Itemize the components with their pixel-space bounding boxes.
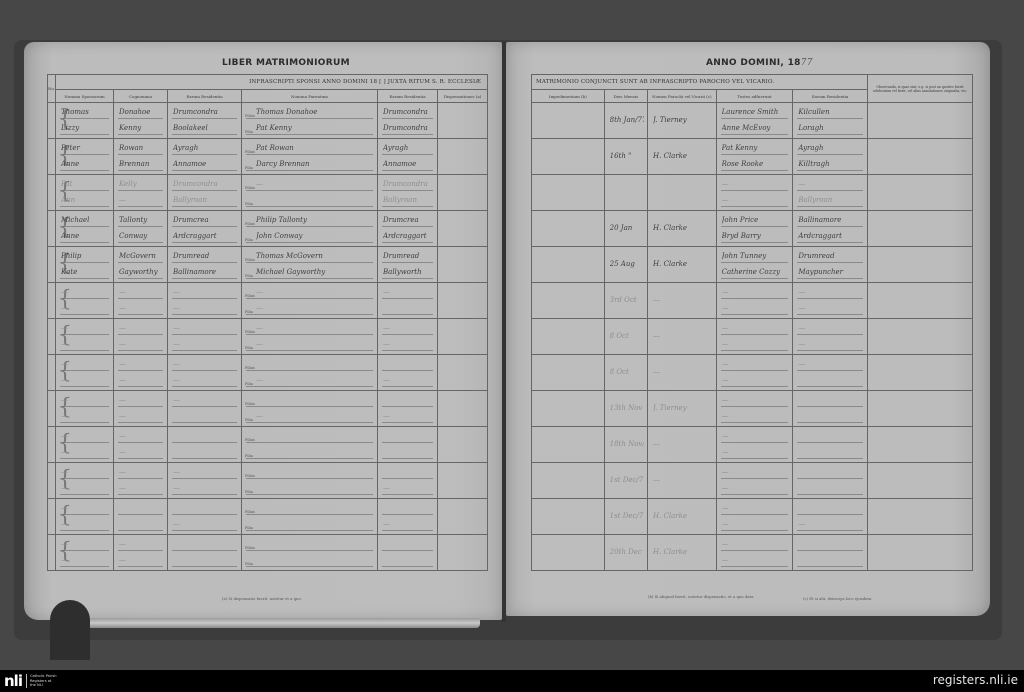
witnesses: ——: [716, 175, 793, 211]
entry-number: [48, 175, 56, 211]
title-year-handwritten: 77: [801, 58, 813, 68]
surnames: ——: [114, 463, 168, 499]
witnesses: ——: [716, 283, 793, 319]
observations: [868, 103, 973, 139]
dispensation: [438, 499, 488, 535]
marriage-date: 16th ": [604, 139, 647, 175]
witness-residence: AyraghKilltragh: [793, 139, 868, 175]
marriage-date: 1st Dec/77: [604, 499, 647, 535]
officiating-priest: H. Clarke: [648, 247, 717, 283]
parent-residence: —: [378, 391, 438, 427]
parent-names: FiliusFilia—: [242, 175, 378, 211]
spouse-names: {MichaelAnne: [56, 211, 114, 247]
col-header-cognomina: Cognomina: [114, 90, 168, 103]
impediment: [532, 427, 605, 463]
entry-number: [48, 391, 56, 427]
surnames: RowanBrennan: [114, 139, 168, 175]
right-footnote-b: (b) Si aliquod fuerit, notetur dispensat…: [648, 594, 755, 599]
col-header-dispensationes: Dispensationes (a): [438, 90, 488, 103]
witness-residence: —: [793, 499, 868, 535]
witness-residence: ——: [793, 319, 868, 355]
register-entry-row: {PhilipKateMcGovernGayworthyDrumreadBall…: [48, 247, 488, 283]
parent-residence: DrumcreaArdcraggart: [378, 211, 438, 247]
observations: [868, 535, 973, 571]
col-header-nomina-sponsorum: Nomina Sponsorum: [56, 90, 114, 103]
register-entry-row: {MichaelAnneTallontyConwayDrumcreaArdcra…: [48, 211, 488, 247]
marriage-date: 3rd Oct: [604, 283, 647, 319]
impediment: [532, 175, 605, 211]
col-header-no: No.: [48, 75, 56, 103]
surnames: ——: [114, 319, 168, 355]
officiating-priest: J. Tierney: [648, 391, 717, 427]
witnesses: ——: [716, 355, 793, 391]
observations: [868, 427, 973, 463]
parent-residence: —: [378, 355, 438, 391]
entry-number: [48, 247, 56, 283]
observations: [868, 319, 973, 355]
officiating-priest: —: [648, 319, 717, 355]
marriage-register-right-table: MATRIMONIO CONJUNCTI SUNT AB INFRASCRIPT…: [531, 74, 973, 571]
impediment: [532, 103, 605, 139]
witness-residence: DrumreadMaypuncher: [793, 247, 868, 283]
spouse-residence: ——: [168, 319, 242, 355]
col-header-eorum-residentia: Eorum Residentia: [793, 90, 868, 103]
spouse-residence: [168, 535, 242, 571]
witnesses: John TunneyCatherine Cozzy: [716, 247, 793, 283]
marriage-date: 13th Nov: [604, 391, 647, 427]
dispensation: [438, 139, 488, 175]
witness-residence: [793, 463, 868, 499]
impediment: [532, 283, 605, 319]
marriage-date: 8th Jan/77: [604, 103, 647, 139]
dispensation: [438, 427, 488, 463]
logo-divider: [26, 674, 27, 688]
spouse-residence: ——: [168, 463, 242, 499]
observations: [868, 175, 973, 211]
surnames: ——: [114, 535, 168, 571]
parent-names: FiliusFilia: [242, 427, 378, 463]
impediment: [532, 247, 605, 283]
marriage-date: 8 Oct: [604, 355, 647, 391]
register-entry-row: {PeterAnneRowanBrennanAyraghAnnamoeFiliu…: [48, 139, 488, 175]
marriage-date: 20 Jan: [604, 211, 647, 247]
parent-residence: DrumreadBallyworth: [378, 247, 438, 283]
register-entry-row: {——————FiliusFilia——: [48, 355, 488, 391]
site-url-link[interactable]: registers.nli.ie: [933, 673, 1018, 687]
dispensation: [438, 103, 488, 139]
register-entry-row: 8th Jan/77J. TierneyLaurence SmithAnne M…: [532, 103, 973, 139]
marriage-register-left-table: No. INFRASCRIPTI SPONSI ANNO DOMINI 18 […: [47, 74, 488, 571]
register-entry-row: {ThomasLizzyDonahoeKennyDrumcondraBoolak…: [48, 103, 488, 139]
spouse-names: {——: [56, 535, 114, 571]
spouse-residence: AyraghAnnamoe: [168, 139, 242, 175]
officiating-priest: H. Clarke: [648, 139, 717, 175]
witnesses: John PriceBryd Barry: [716, 211, 793, 247]
parent-names: FiliusFiliaPat RowanDarcy Brennan: [242, 139, 378, 175]
entry-number: [48, 463, 56, 499]
entry-number: [48, 535, 56, 571]
impediment: [532, 535, 605, 571]
impediment: [532, 499, 605, 535]
witness-residence: ——: [793, 283, 868, 319]
officiating-priest: H. Clarke: [648, 535, 717, 571]
officiating-priest: H. Clarke: [648, 211, 717, 247]
observations: [868, 355, 973, 391]
register-entry-row: {———FiliusFilia—: [48, 499, 488, 535]
spouse-residence: DrumcondraBallyroan: [168, 175, 242, 211]
observations: [868, 391, 973, 427]
impediment: [532, 319, 605, 355]
observations: [868, 283, 973, 319]
register-entry-row: 16th "H. ClarkePat KennyRose RookeAyragh…: [532, 139, 973, 175]
col-header-observanda: Observanda, si quae sint, e.g. si post a…: [868, 75, 973, 103]
witnesses: ——: [716, 319, 793, 355]
dispensation: [438, 247, 488, 283]
surnames: ——: [114, 427, 168, 463]
spouse-names: {——: [56, 319, 114, 355]
spouse-residence: DrumcreaArdcraggart: [168, 211, 242, 247]
officiating-priest: H. Clarke: [648, 499, 717, 535]
col-header-nomina-parentum: Nomina Parentum: [242, 90, 378, 103]
spouse-names: {——: [56, 283, 114, 319]
spouse-residence: ——: [168, 283, 242, 319]
witnesses: ——: [716, 463, 793, 499]
witness-residence: [793, 391, 868, 427]
officiating-priest: —: [648, 463, 717, 499]
register-entry-row: 1st Dec/77H. Clarke———: [532, 499, 973, 535]
dispensation: [438, 355, 488, 391]
dispensation: [438, 391, 488, 427]
marriage-date: 8 Oct: [604, 319, 647, 355]
right-footnote-c: (c) Et si alii, deinceps loco ejusdem.: [803, 596, 872, 601]
officiating-priest: —: [648, 427, 717, 463]
dispensation: [438, 463, 488, 499]
left-super-header: INFRASCRIPTI SPONSI ANNO DOMINI 18 [ ] J…: [56, 75, 488, 90]
entry-number: [48, 427, 56, 463]
right-page-title: ANNO DOMINI, 1877: [706, 58, 813, 68]
register-entry-row: {——————FiliusFilia————: [48, 319, 488, 355]
register-entry-row: {PatAnnKelly—DrumcondraBallyroanFiliusFi…: [48, 175, 488, 211]
observations: [868, 463, 973, 499]
page-stack-edge: [60, 618, 480, 628]
viewer-footer-bar: nli Catholic Parish Registers at the NLI…: [0, 670, 1024, 692]
surnames: [114, 499, 168, 535]
spouse-residence: —: [168, 391, 242, 427]
spouse-residence: —: [168, 499, 242, 535]
col-header-nomen-parochi: Nomen Parochi vel Vicarii (c): [648, 90, 717, 103]
dispensation: [438, 283, 488, 319]
observations: [868, 211, 973, 247]
dispensation: [438, 211, 488, 247]
dispensation: [438, 175, 488, 211]
register-entry-row: 18th Nov/77———: [532, 427, 973, 463]
register-entry-row: {——————FiliusFilia———: [48, 283, 488, 319]
parent-residence: DrumcondraDrumcondra: [378, 103, 438, 139]
col-header-residentia: Earum Residentia: [168, 90, 242, 103]
officiating-priest: —: [648, 283, 717, 319]
spouse-residence: DrumcondraBoolakeel: [168, 103, 242, 139]
entry-number: [48, 139, 56, 175]
spouse-names: {——: [56, 391, 114, 427]
surnames: McGovernGayworthy: [114, 247, 168, 283]
officiating-priest: —: [648, 355, 717, 391]
register-entry-row: 13th NovJ. Tierney——: [532, 391, 973, 427]
entry-number: [48, 499, 56, 535]
witness-residence: BallinamoreArdcraggart: [793, 211, 868, 247]
right-super-header: MATRIMONIO CONJUNCTI SUNT AB INFRASCRIPT…: [532, 75, 868, 90]
parent-names: FiliusFilia: [242, 535, 378, 571]
surnames: ——: [114, 391, 168, 427]
observations: [868, 247, 973, 283]
witness-residence: [793, 535, 868, 571]
spouse-residence: DrumreadBallinamore: [168, 247, 242, 283]
dispensation: [438, 319, 488, 355]
entry-number: [48, 355, 56, 391]
witness-residence: —: [793, 355, 868, 391]
nli-logo-mark: nli: [4, 673, 22, 689]
witness-residence: —Ballyroan: [793, 175, 868, 211]
parent-names: FiliusFiliaPhilip TallontyJohn Conway: [242, 211, 378, 247]
entry-number: [48, 211, 56, 247]
marriage-date: [604, 175, 647, 211]
image-viewer: LIBER MATRIMONIORUM ANNO DOMINI, 1877 No…: [0, 0, 1024, 670]
parent-residence: ——: [378, 319, 438, 355]
officiating-priest: [648, 175, 717, 211]
register-entry-row: 25 AugH. ClarkeJohn TunneyCatherine Cozz…: [532, 247, 973, 283]
register-entry-row: {——————FiliusFilia—: [48, 463, 488, 499]
register-entry-row: {————FiliusFilia: [48, 535, 488, 571]
entry-number: [48, 319, 56, 355]
col-header-parent-residentia: Earum Residentia: [378, 90, 438, 103]
parent-names: FiliusFilia——: [242, 283, 378, 319]
register-entry-row: 1st Dec/77———: [532, 463, 973, 499]
register-entry-row: 8 Oct————: [532, 355, 973, 391]
parent-names: FiliusFiliaThomas DonahoePat Kenny: [242, 103, 378, 139]
witnesses: Laurence SmithAnne McEvoy: [716, 103, 793, 139]
book-gutter: [502, 42, 506, 622]
impediment: [532, 463, 605, 499]
witness-residence: KilcullenLoragh: [793, 103, 868, 139]
surnames: ——: [114, 283, 168, 319]
parent-residence: —: [378, 283, 438, 319]
thumb-shadow: [50, 600, 90, 660]
register-entry-row: 20th DecH. Clarke——: [532, 535, 973, 571]
surnames: TallontyConway: [114, 211, 168, 247]
col-header-impedimentum: Impedimentum (b): [532, 90, 605, 103]
parent-residence: [378, 427, 438, 463]
nli-logo[interactable]: nli Catholic Parish Registers at the NLI: [4, 673, 57, 689]
impediment: [532, 391, 605, 427]
impediment: [532, 355, 605, 391]
observations: [868, 139, 973, 175]
parent-names: FiliusFilia—: [242, 391, 378, 427]
col-header-dies-mensis: Dies Mensis: [604, 90, 647, 103]
witnesses: ——: [716, 391, 793, 427]
officiating-priest: J. Tierney: [648, 103, 717, 139]
witnesses: ——: [716, 499, 793, 535]
marriage-date: 25 Aug: [604, 247, 647, 283]
spouse-residence: [168, 427, 242, 463]
register-entry-row: {—————FiliusFilia——: [48, 391, 488, 427]
register-entry-row: 20 JanH. ClarkeJohn PriceBryd BarryBalli…: [532, 211, 973, 247]
left-footnote: (a) Si dispensatio fuerit, notetur et a …: [222, 596, 302, 601]
parent-names: FiliusFiliaThomas McGovernMichael Gaywor…: [242, 247, 378, 283]
spouse-names: {——: [56, 427, 114, 463]
entry-number: [48, 283, 56, 319]
impediment: [532, 139, 605, 175]
parent-residence: —: [378, 463, 438, 499]
parent-names: FiliusFilia: [242, 499, 378, 535]
nli-logo-subtitle: Catholic Parish Registers at the NLI: [30, 674, 57, 687]
spouse-names: {PhilipKate: [56, 247, 114, 283]
spouse-names: {PatAnn: [56, 175, 114, 211]
register-entry-row: 8 Oct—————: [532, 319, 973, 355]
parent-residence: DrumcondraBallyroan: [378, 175, 438, 211]
entry-number: [48, 103, 56, 139]
register-entry-row: ———Ballyroan: [532, 175, 973, 211]
parent-residence: —: [378, 499, 438, 535]
surnames: DonahoeKenny: [114, 103, 168, 139]
witnesses: ——: [716, 535, 793, 571]
impediment: [532, 211, 605, 247]
witnesses: ——: [716, 427, 793, 463]
register-entry-row: 3rd Oct—————: [532, 283, 973, 319]
witnesses: Pat KennyRose Rooke: [716, 139, 793, 175]
col-header-testes: Testes adfuerunt: [716, 90, 793, 103]
register-entry-row: {————FiliusFilia: [48, 427, 488, 463]
dispensation: [438, 535, 488, 571]
parent-residence: AyraghAnnamoe: [378, 139, 438, 175]
spouse-names: {——: [56, 355, 114, 391]
parent-names: FiliusFilia—: [242, 355, 378, 391]
parent-names: FiliusFilia——: [242, 319, 378, 355]
left-page-title: LIBER MATRIMONIORUM: [222, 58, 350, 68]
marriage-date: 20th Dec: [604, 535, 647, 571]
spouse-names: {PeterAnne: [56, 139, 114, 175]
surnames: Kelly—: [114, 175, 168, 211]
surnames: ——: [114, 355, 168, 391]
observations: [868, 499, 973, 535]
spouse-residence: ——: [168, 355, 242, 391]
title-prefix: ANNO DOMINI, 18: [706, 58, 801, 68]
parent-residence: [378, 535, 438, 571]
witness-residence: [793, 427, 868, 463]
marriage-date: 1st Dec/77: [604, 463, 647, 499]
spouse-names: {——: [56, 499, 114, 535]
spouse-names: {——: [56, 463, 114, 499]
spouse-names: {ThomasLizzy: [56, 103, 114, 139]
parent-names: FiliusFilia: [242, 463, 378, 499]
marriage-date: 18th Nov/77: [604, 427, 647, 463]
